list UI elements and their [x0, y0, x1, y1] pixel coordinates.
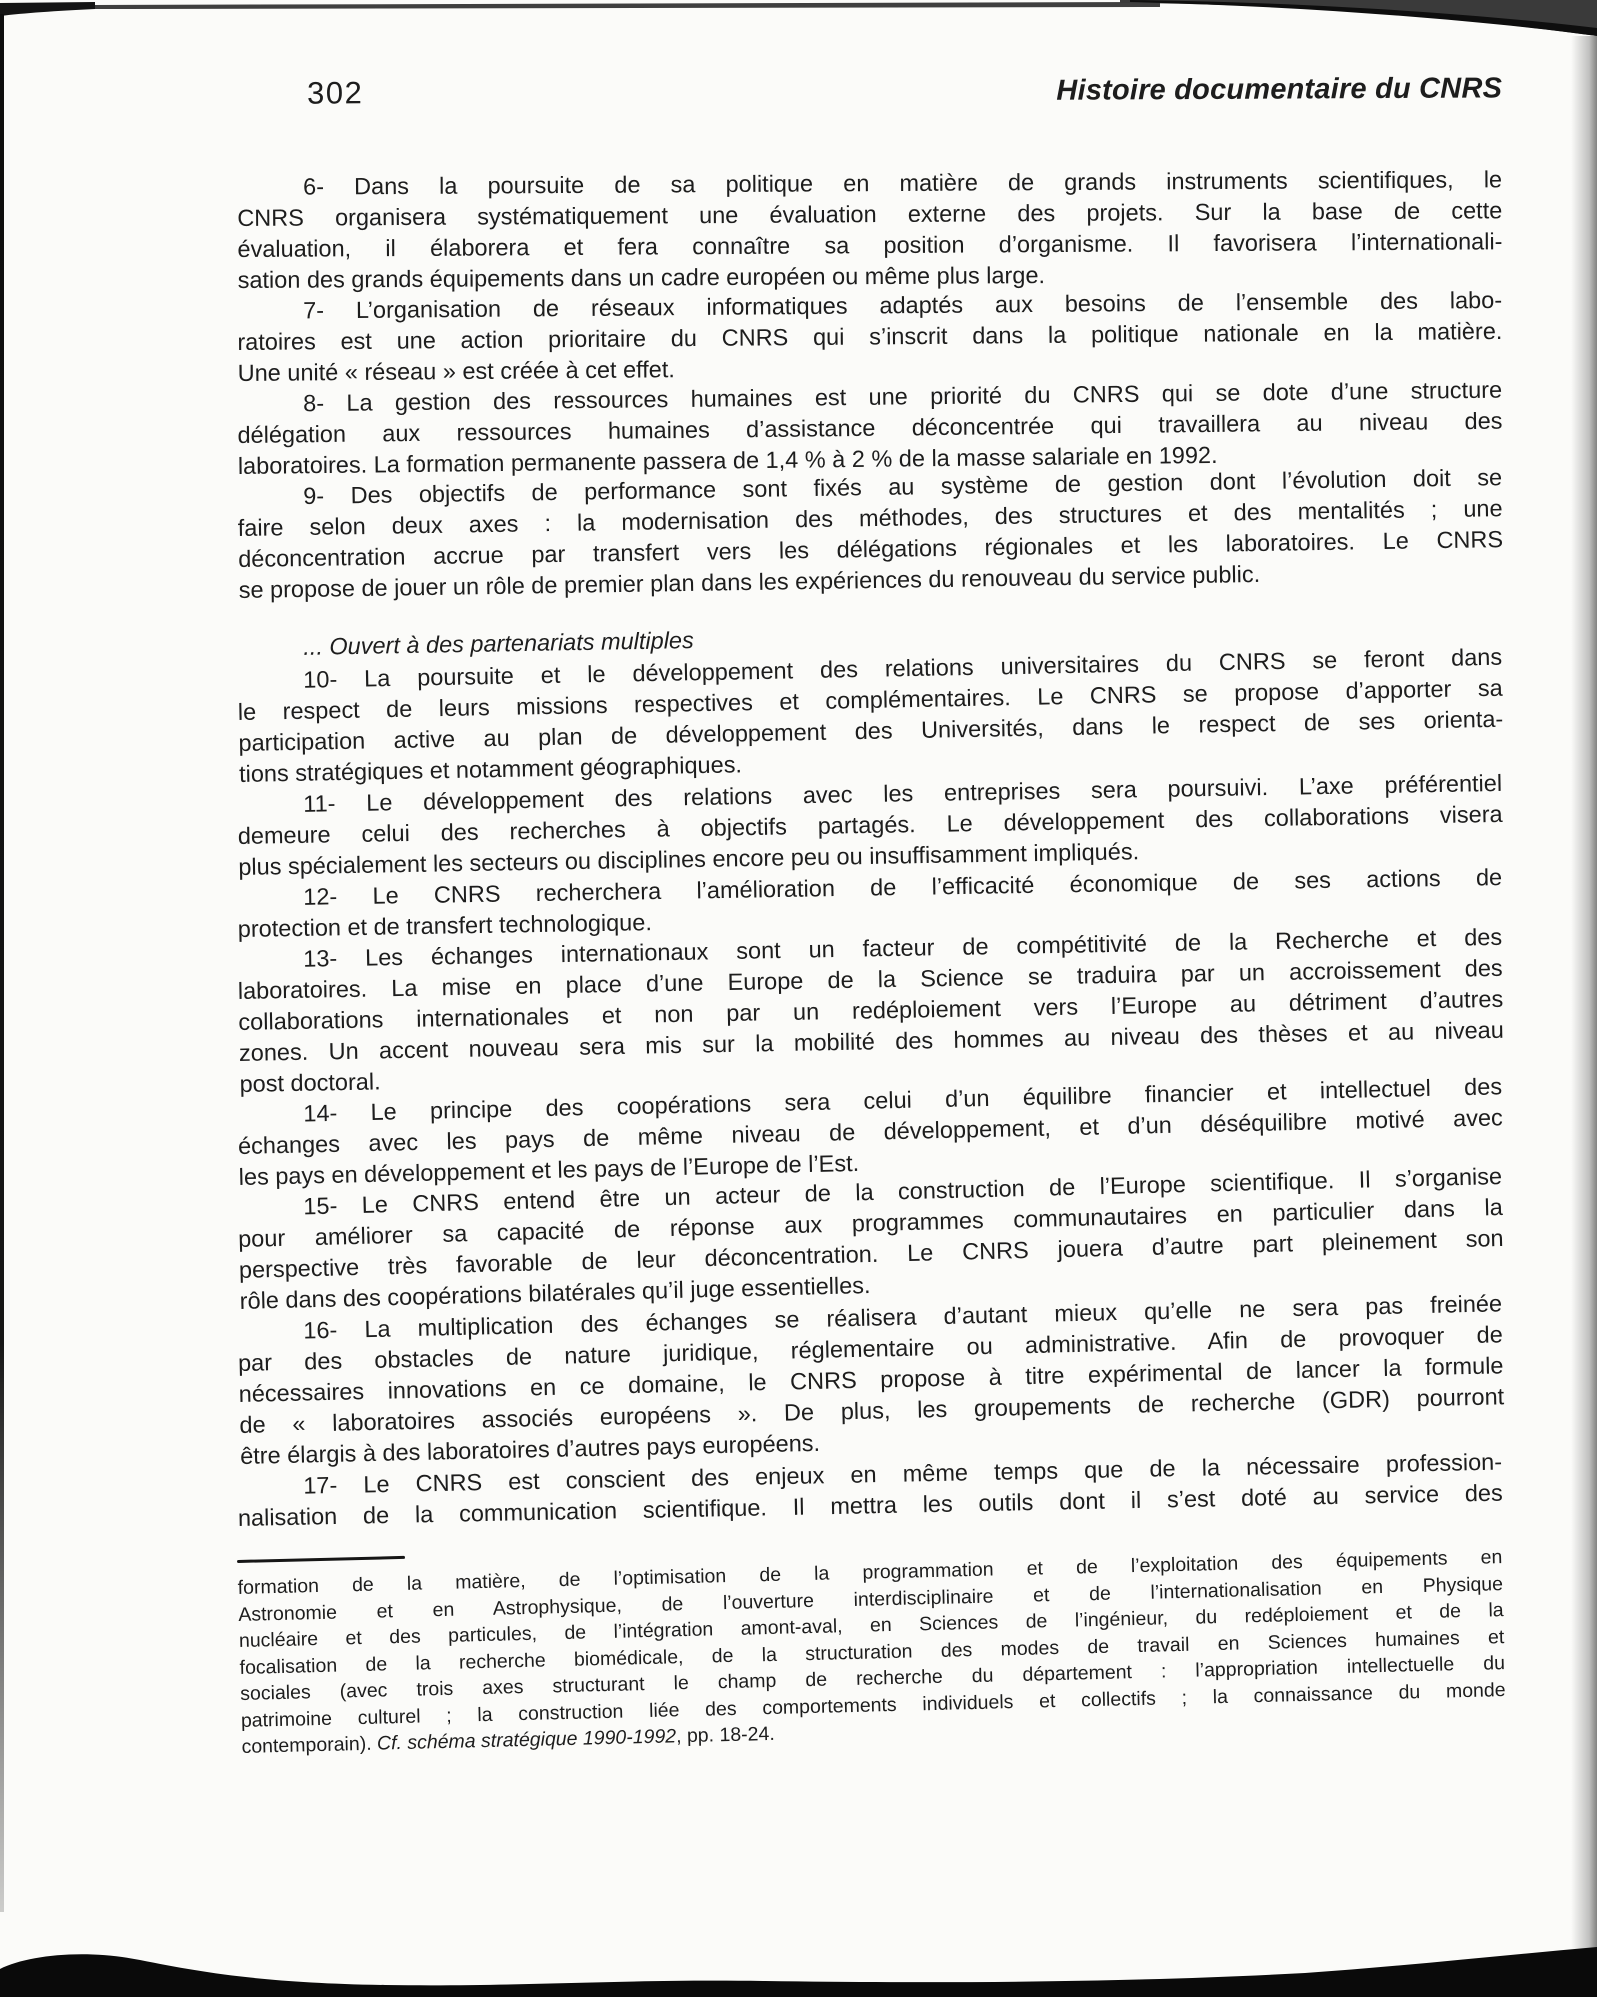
scanner-bottom-edge-artifact: [0, 1935, 1597, 1997]
page-body: 6- Dans la poursuite de sa politique en …: [237, 172, 1502, 1761]
footnote: formation de la matière, de l’optimisati…: [237, 1529, 1507, 1760]
footnote-pages: , pp. 18-24.: [676, 1723, 775, 1747]
footnote-text: contemporain).: [241, 1733, 377, 1758]
scanned-book-page: { "header": { "page_number": "302", "run…: [0, 0, 1597, 1997]
paragraph-16: 16- La multiplication des échanges se ré…: [237, 1288, 1505, 1472]
paragraph-13: 13- Les échanges internationaux sont un …: [237, 922, 1505, 1100]
footnote-reference: Cf. schéma stratégique 1990-1992: [377, 1725, 677, 1754]
paragraph-9: 9- Des objectifs de performance sont fix…: [237, 462, 1504, 606]
scanner-top-edge-artifact: [0, 0, 1597, 42]
paragraph-7: 7- L’organisation de réseaux informatiqu…: [237, 285, 1503, 389]
page-header: 302 Histoire documentaire du CNRS: [237, 69, 1502, 112]
footnote-rule: [237, 1556, 405, 1563]
page-curve-shadow: [1571, 36, 1597, 1949]
page-number: 302: [237, 75, 363, 112]
running-title: Histoire documentaire du CNRS: [1056, 72, 1502, 107]
paragraph-6: 6- Dans la poursuite de sa politique en …: [237, 164, 1503, 296]
scanner-left-edge-artifact: [0, 14, 4, 1912]
paragraph-10: 10- La poursuite et le développement des…: [237, 642, 1504, 790]
